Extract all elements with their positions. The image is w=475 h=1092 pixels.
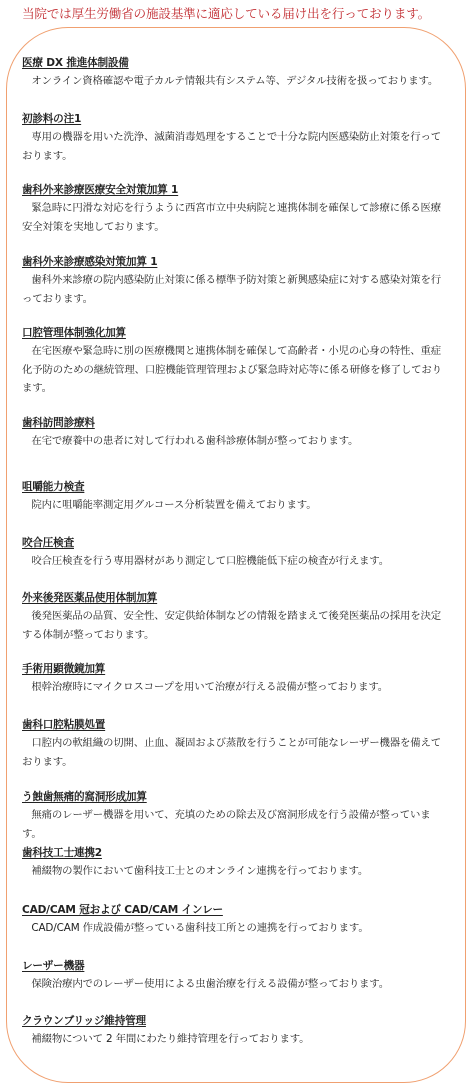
item-description: 緊急時に円滑な対応を行うように西宮市立中央病院と連携体制を確保して診療に係る医療…	[22, 199, 442, 236]
item-heading: 歯科外来診療感染対策加算 1	[22, 253, 442, 271]
item-heading: レーザー機器	[22, 957, 442, 975]
item-heading: う蝕歯無痛的窩洞形成加算	[22, 788, 442, 806]
standard-item-cad-cam: CAD/CAM 冠および CAD/CAM インレー CAD/CAM 作成設備が整…	[22, 901, 442, 938]
item-description: 後発医薬品の品質、安全性、安定供給体制などの情報を踏まえて後発医薬品の採用を決定…	[22, 607, 442, 644]
standard-item-initial-consultation: 初診料の注1 専用の機器を用いた洗浄、滅菌消毒処理をすることで十分な院内医感染防…	[22, 110, 442, 165]
standard-item-oral-mucosa: 歯科口腔粘膜処置 口腔内の軟組織の切開、止血、凝固および蒸散を行うことが可能なレ…	[22, 716, 442, 771]
standard-item-medical-dx: 医療 DX 推進体制設備 オンライン資格確認や電子カルテ情報共有システム等、デジ…	[22, 54, 442, 91]
standard-item-technician-link: 歯科技工士連携2 補綴物の製作において歯科技工士とのオンライン連携を行っておりま…	[22, 844, 442, 881]
item-description: 根幹治療時にマイクロスコープを用いて治療が行える設備が整っております。	[22, 678, 442, 697]
item-heading: 歯科訪問診療料	[22, 414, 442, 432]
item-heading: 咀嚼能力検査	[22, 478, 442, 496]
item-heading: 歯科口腔粘膜処置	[22, 716, 442, 734]
item-heading: CAD/CAM 冠および CAD/CAM インレー	[22, 901, 442, 919]
item-description: 無痛のレーザー機器を用いて、充填のための除去及び窩洞形成を行う設備が整っています…	[22, 806, 442, 843]
item-heading: 外来後発医薬品使用体制加算	[22, 589, 442, 607]
item-heading: 初診料の注1	[22, 110, 442, 128]
standard-item-infection-control: 歯科外来診療感染対策加算 1 歯科外来診療の院内感染防止対策に係る標準予防対策と…	[22, 253, 442, 308]
page-title: 当院では厚生労働省の施設基準に適応している届け出を行っております。	[22, 3, 430, 22]
item-heading: 歯科外来診療医療安全対策加算 1	[22, 181, 442, 199]
standard-item-masticatory-test: 咀嚼能力検査 院内に咀嚼能率測定用グルコース分析装置を備えております。	[22, 478, 442, 515]
standard-item-occlusal-pressure: 咬合圧検査 咬合圧検査を行う専用器材があり測定して口腔機能低下症の検査が行えます…	[22, 534, 442, 571]
standard-item-crown-bridge: クラウンブリッジ維持管理 補綴物について 2 年間にわたり維持管理を行っておりま…	[22, 1012, 442, 1049]
standard-item-painless-cavity: う蝕歯無痛的窩洞形成加算 無痛のレーザー機器を用いて、充填のための除去及び窩洞形…	[22, 788, 442, 843]
item-heading: 咬合圧検査	[22, 534, 442, 552]
item-heading: クラウンブリッジ維持管理	[22, 1012, 442, 1030]
item-heading: 医療 DX 推進体制設備	[22, 54, 442, 72]
item-heading: 手術用顕微鏡加算	[22, 660, 442, 678]
item-description: 歯科外来診療の院内感染防止対策に係る標準予防対策と新興感染症に対する感染対策を行…	[22, 271, 442, 308]
item-description: 在宅で療養中の患者に対して行われる歯科診療体制が整っております。	[22, 432, 442, 451]
item-heading: 口腔管理体制強化加算	[22, 324, 442, 342]
item-description: 在宅医療や緊急時に別の医療機関と連携体制を確保して高齢者・小児の心身の特性、重症…	[22, 342, 442, 398]
item-description: 保険治療内でのレーザー使用による虫歯治療を行える設備が整っております。	[22, 975, 442, 994]
standard-item-generic-drugs: 外来後発医薬品使用体制加算 後発医薬品の品質、安全性、安定供給体制などの情報を踏…	[22, 589, 442, 644]
item-description: 専用の機器を用いた洗浄、滅菌消毒処理をすることで十分な院内医感染防止対策を行って…	[22, 128, 442, 165]
item-description: 院内に咀嚼能率測定用グルコース分析装置を備えております。	[22, 496, 442, 515]
standard-item-home-visit: 歯科訪問診療料 在宅で療養中の患者に対して行われる歯科診療体制が整っております。	[22, 414, 442, 451]
item-description: オンライン資格確認や電子カルテ情報共有システム等、デジタル技術を扱っております。	[22, 72, 442, 91]
item-description: 補綴物の製作において歯科技工士とのオンライン連携を行っております。	[22, 862, 442, 881]
item-description: 咬合圧検査を行う専用器材があり測定して口腔機能低下症の検査が行えます。	[22, 552, 442, 571]
standard-item-laser-equipment: レーザー機器 保険治療内でのレーザー使用による虫歯治療を行える設備が整っておりま…	[22, 957, 442, 994]
item-description: CAD/CAM 作成設備が整っている歯科技工所との連携を行っております。	[22, 919, 442, 938]
standard-item-oral-management: 口腔管理体制強化加算 在宅医療や緊急時に別の医療機関と連携体制を確保して高齢者・…	[22, 324, 442, 398]
standard-item-medical-safety: 歯科外来診療医療安全対策加算 1 緊急時に円滑な対応を行うように西宮市立中央病院…	[22, 181, 442, 236]
item-description: 口腔内の軟組織の切開、止血、凝固および蒸散を行うことが可能なレーザー機器を備えて…	[22, 734, 442, 771]
item-description: 補綴物について 2 年間にわたり維持管理を行っております。	[22, 1030, 442, 1049]
standard-item-surgical-microscope: 手術用顕微鏡加算 根幹治療時にマイクロスコープを用いて治療が行える設備が整ってお…	[22, 660, 442, 697]
item-heading: 歯科技工士連携2	[22, 844, 442, 862]
